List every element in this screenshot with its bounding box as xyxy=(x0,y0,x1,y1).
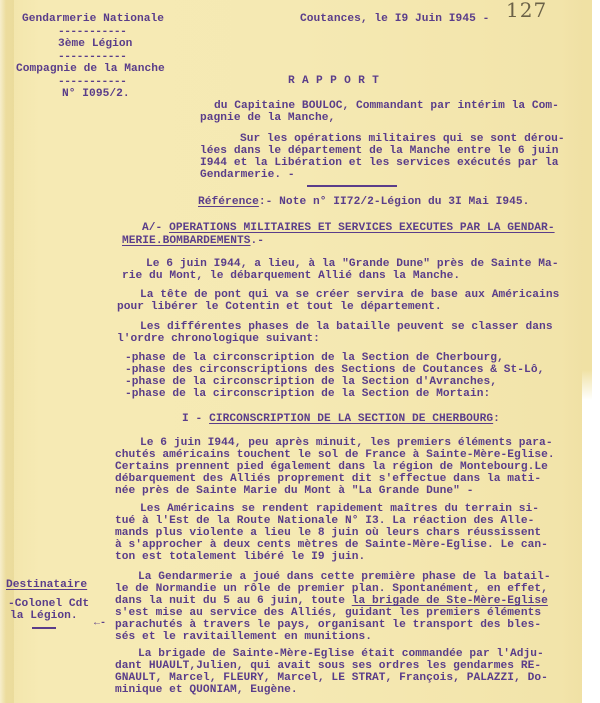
company-name: Compagnie de la Manche xyxy=(16,63,165,75)
reference-label: Référence xyxy=(198,196,259,208)
phase-item: -phase des circonscriptions des Sections… xyxy=(125,364,544,376)
section-1-prefix: I - xyxy=(182,413,209,425)
paragraph-line: à s'approcher à deux cents mètres de Sai… xyxy=(115,539,548,551)
paragraph-line: Les Américains se rendent rapidement maî… xyxy=(140,503,539,515)
phase-item: -phase de la circonscription de la Secti… xyxy=(125,388,490,400)
paragraph-line: La tête de pont qui va se créer servira … xyxy=(140,289,559,301)
paragraph-line: dans la nuit du 5 au 6 juin, toute la br… xyxy=(115,595,548,607)
paragraph-line: le de Normandie un rôle de premier plan.… xyxy=(115,583,548,595)
paragraph-line: ton est totalement libéré le I9 juin. xyxy=(115,551,365,563)
margin-arrow: ←- xyxy=(94,618,106,630)
rule-divider xyxy=(307,185,397,187)
paragraph-line: sés et le ravitaillement en munitions. xyxy=(115,631,372,643)
text-run: dans la nuit du 5 au 6 juin, toute xyxy=(115,595,352,607)
reference-line: Référence:- Note n° II72/2-Légion du 3I … xyxy=(198,196,529,208)
page-number-stamp: 127 xyxy=(506,0,547,22)
margin-label: Destinataire xyxy=(6,579,87,591)
phase-item: -phase de la circonscription de la Secti… xyxy=(125,352,504,364)
paragraph-line: tué à l'Est de la Route Nationale N° I3.… xyxy=(115,515,534,527)
paragraph-line: l'ordre chronologique suivant: xyxy=(117,333,320,345)
paragraph-line: chutés américains touchent le sol de Fra… xyxy=(115,449,555,461)
section-1-heading: I - CIRCONSCRIPTION DE LA SECTION DE CHE… xyxy=(182,413,500,425)
reference-text: :- Note n° II72/2-Légion du 3I Mai I945. xyxy=(259,196,530,208)
paragraph-line: Certains prennent pied également dans la… xyxy=(115,461,548,473)
document-page: 127 Gendarmerie Nationale ----------- 3è… xyxy=(0,0,592,703)
paper-edge xyxy=(582,0,592,703)
section-a-heading-suffix: .- xyxy=(251,235,265,247)
paragraph-line: minique et QUONIAM, Eugène. xyxy=(115,684,298,696)
section-1-heading-text: CIRCONSCRIPTION DE LA SECTION DE CHERBOU… xyxy=(209,413,493,425)
paragraph-line: La Gendarmerie a joué dans cette premièr… xyxy=(138,571,551,583)
section-a-heading-text-2: MERIE.BOMBARDEMENTS xyxy=(122,235,251,247)
paragraph-line: Le 6 juin I944, peu après minuit, les pr… xyxy=(140,437,553,449)
author-line-2: pagnie de la Manche, xyxy=(200,112,335,124)
paragraph-line: parachutés à travers le pays, organisant… xyxy=(115,619,541,631)
underlined-text: la brigade de Ste-Mère-Eglise xyxy=(352,595,548,607)
org-name: Gendarmerie Nationale xyxy=(22,13,164,25)
document-title: R A P P O R T xyxy=(288,75,379,87)
place-date: Coutances, le I9 Juin I945 - xyxy=(300,13,489,25)
section-a-heading: A/- OPERATIONS MILITAIRES ET SERVICES EX… xyxy=(142,222,555,234)
section-a-heading-cont: MERIE.BOMBARDEMENTS.- xyxy=(122,235,264,247)
phase-item: -phase de la circonscription de la Secti… xyxy=(125,376,497,388)
paragraph-line: dant HUAULT,Julien, qui avait sous ses o… xyxy=(115,660,541,672)
paragraph-line: débarquement des Alliés proprement dit s… xyxy=(115,473,541,485)
paragraph-line: Les différentes phases de la bataille pe… xyxy=(140,321,553,333)
author-line-1: du Capitaine BOULOC, Commandant par inté… xyxy=(214,100,559,112)
separator: ----------- xyxy=(58,26,126,38)
margin-recipient-2: la Légion. xyxy=(10,610,78,622)
paragraph-line: GNAULT, Marcel, FLEURY, Marcel, LE STRAT… xyxy=(115,672,548,684)
paragraph-line: née près de Sainte Marie du Mont à "La G… xyxy=(115,485,473,497)
section-a-prefix: A/- xyxy=(142,222,169,234)
margin-recipient-1: -Colonel Cdt xyxy=(8,598,89,610)
subject-line-4: Gendarmerie. - xyxy=(200,169,295,181)
subject-line-3: I944 et la Libération et les services ex… xyxy=(200,157,558,169)
separator: ----------- xyxy=(58,76,126,88)
paragraph-line: rie du Mont, le débarquement Allié dans … xyxy=(122,270,460,282)
paragraph-line: pour libérer le Cotentin et tout le dépa… xyxy=(117,301,442,313)
paragraph-line: s'est mise au service des Alliés, guidan… xyxy=(115,607,541,619)
paragraph-line: Le 6 juin I944, a lieu, à la "Grande Dun… xyxy=(146,258,559,270)
section-a-heading-text: OPERATIONS MILITAIRES ET SERVICES EXECUT… xyxy=(169,222,555,234)
legion-name: 3ème Légion xyxy=(58,38,132,50)
separator: ----------- xyxy=(58,51,126,63)
section-1-heading-suffix: : xyxy=(493,413,500,425)
paragraph-line: La brigade de Sainte-Mère-Eglise était c… xyxy=(138,648,544,660)
document-number: N° I095/2. xyxy=(62,88,130,100)
subject-line-2: lées dans le département de la Manche en… xyxy=(200,145,558,157)
subject-line-1: Sur les opérations militaires qui se son… xyxy=(240,133,565,145)
margin-rule xyxy=(32,627,56,629)
paragraph-line: mands plus violente a lieu le 8 juin où … xyxy=(115,527,541,539)
